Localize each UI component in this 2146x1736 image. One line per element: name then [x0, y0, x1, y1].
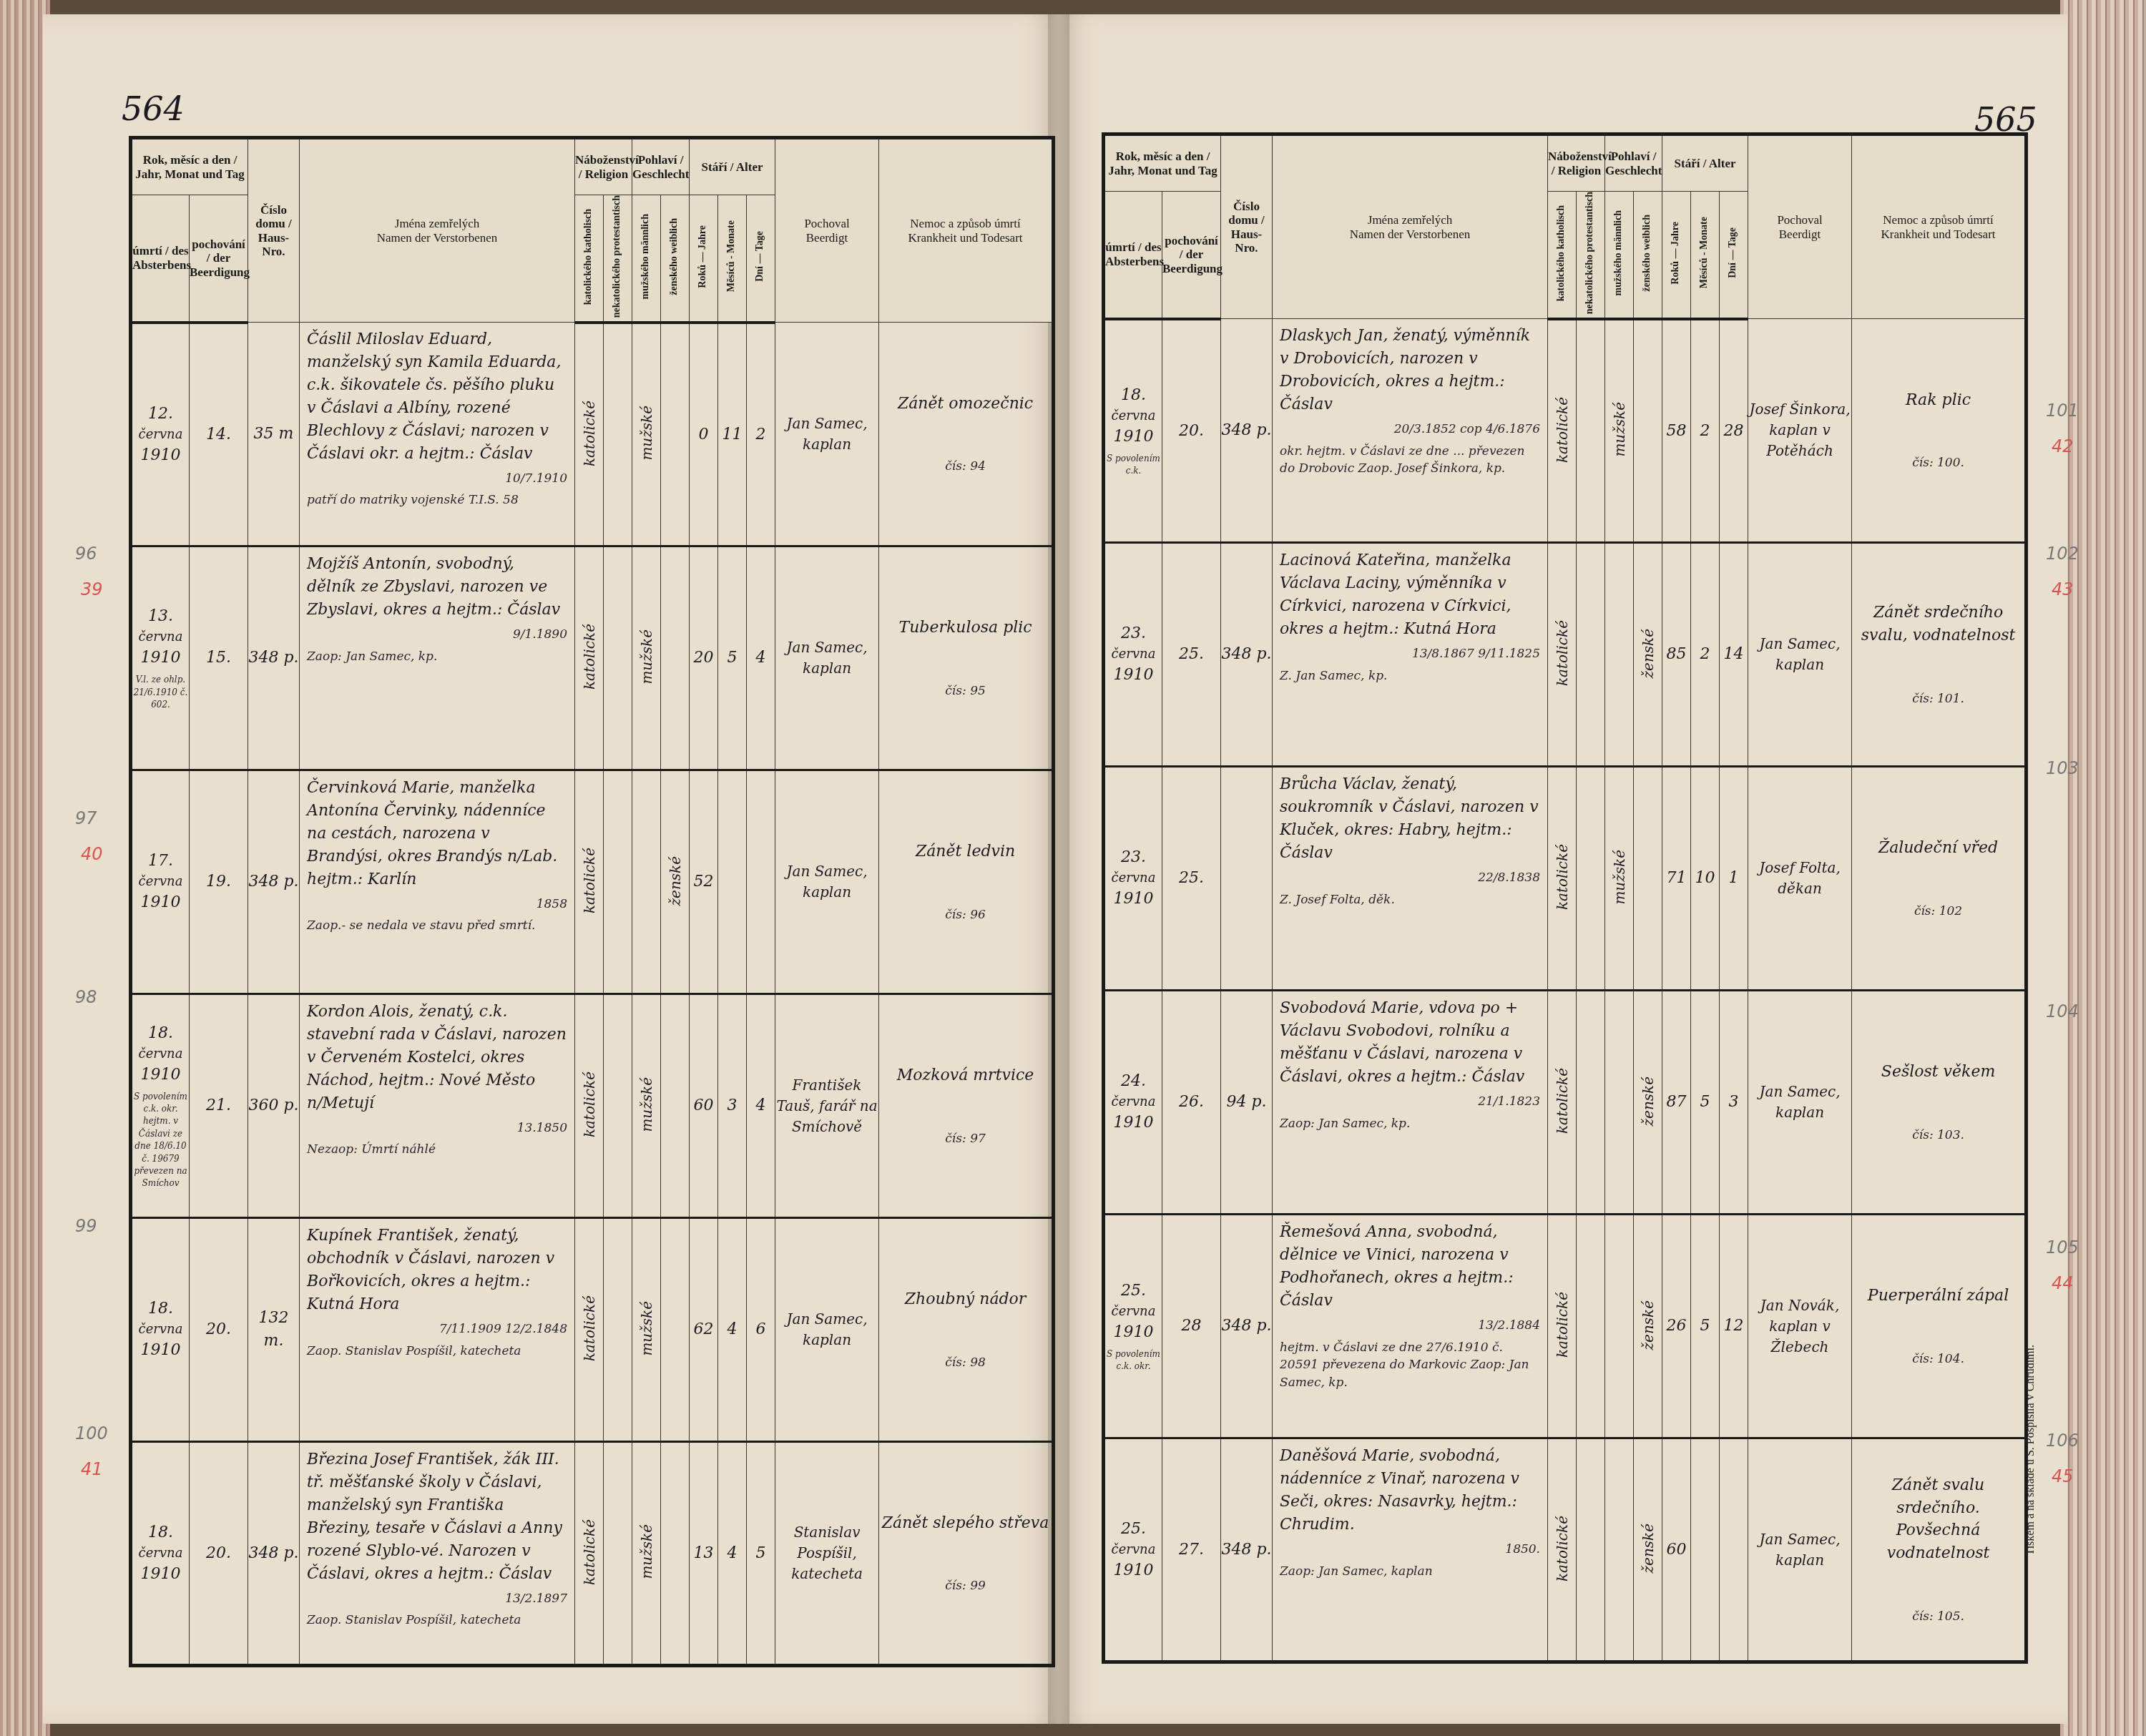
- burial-day: 25.: [1162, 867, 1220, 890]
- header-name: Jména zemřelýchNamen der Verstorbenen: [300, 138, 575, 323]
- sex-value: ženské: [1640, 1077, 1657, 1126]
- burial-footnote: okr. hejtm. v Čáslavi ze dne ... převeze…: [1280, 443, 1540, 478]
- register-entry-row: 23.června191025.Brůcha Václav, ženatý, s…: [1104, 767, 2027, 991]
- female-cell: ženské: [1634, 1438, 1662, 1662]
- sex-value: mužské: [638, 1077, 655, 1132]
- sex-value: mužské: [1611, 850, 1628, 905]
- female-cell: [661, 546, 690, 770]
- deceased-description: Kupínek František, ženatý, obchodník v Č…: [307, 1225, 567, 1316]
- pencil-index-number: 96: [75, 544, 97, 564]
- header-years: Roků — Jahre: [1662, 192, 1691, 319]
- register-entry-row: 25.června191027.348 p.Daněšová Marie, sv…: [1104, 1438, 2027, 1662]
- death-year: 1910: [1105, 664, 1162, 687]
- burial-footnote: Zaop.- se nedala ve stavu před smrtí.: [307, 917, 567, 935]
- age-years-cell: 85: [1662, 543, 1691, 767]
- header-age: Stáří / Alter: [1662, 134, 1748, 192]
- age-days-cell: [1720, 1438, 1748, 1662]
- catholic-cell: katolické: [575, 323, 604, 546]
- header-months: Měsíců - Monate: [1691, 192, 1720, 319]
- age-years-cell: 87: [1662, 991, 1691, 1215]
- header-age: Stáří / Alter: [690, 138, 775, 195]
- religion-value: katolické: [581, 848, 598, 913]
- catholic-cell: katolické: [1548, 543, 1577, 767]
- register-number: čís: 101.: [1852, 690, 2024, 708]
- cause-of-death-cell: Zánět srdečního svalu, vodnatelnostčís: …: [1852, 543, 2027, 767]
- death-year: 1910: [1105, 888, 1162, 911]
- register-entry-row: 25.června1910S povolením c.k. okr.28348 …: [1104, 1215, 2027, 1438]
- house-number-cell: 348 p.: [248, 770, 300, 994]
- register-entry-row: 18.června1910S povolením c.k. okr. hejtm…: [131, 994, 1054, 1218]
- female-cell: [661, 994, 690, 1218]
- cause-of-death-cell: Zánět omozečnicčís: 94: [879, 323, 1054, 546]
- birth-date: 1858: [307, 896, 567, 913]
- header-months: Měsíců - Monate: [718, 195, 747, 323]
- death-date-cell: 18.června1910S povolením c.k. okr. hejtm…: [131, 994, 190, 1218]
- death-month: června: [132, 1544, 189, 1563]
- cause-value: Mozková mrtvice: [879, 1064, 1052, 1087]
- age-days-cell: 1: [1720, 767, 1748, 991]
- female-cell: [1634, 767, 1662, 991]
- register-number: čís: 99: [879, 1577, 1052, 1595]
- burial-footnote: Zaop. Stanislav Pospíšil, katecheta: [307, 1612, 567, 1629]
- cause-of-death-cell: Rak plicčís: 100.: [1852, 319, 2027, 543]
- permit-note: S povolením c.k.: [1105, 453, 1162, 478]
- death-year: 1910: [1105, 1112, 1162, 1134]
- header-catholic: katolického katholisch: [575, 195, 604, 323]
- cause-value: Sešlost věkem: [1852, 1061, 2024, 1084]
- death-month: června: [132, 1320, 189, 1339]
- pencil-index-number: 98: [75, 987, 97, 1007]
- register-entry-row: 17.června191019.348 p.Červinková Marie, …: [131, 770, 1054, 994]
- female-cell: ženské: [661, 770, 690, 994]
- deceased-description: Mojžíš Antonín, svobodný, dělník ze Zbys…: [307, 553, 567, 622]
- header-house-number: Číslo domu / Haus-Nro.: [1221, 134, 1273, 319]
- burial-date-cell: 15.: [190, 546, 248, 770]
- death-month: června: [1105, 1093, 1162, 1112]
- house-number-cell: 360 p.: [248, 994, 300, 1218]
- burial-footnote: Zaop. Stanislav Pospíšil, katecheta: [307, 1343, 567, 1360]
- burial-footnote: Zaop: Jan Samec, kaplan: [1280, 1563, 1540, 1581]
- age-months-cell: 2: [1691, 319, 1720, 543]
- sex-value: ženské: [667, 856, 684, 906]
- religion-value: katolické: [581, 401, 598, 466]
- header-cause-of-death: Nemoc a způsob úmrtíKrankheit und Todesa…: [1852, 134, 2027, 319]
- cause-value: Zánět srdečního svalu, vodnatelnost: [1852, 602, 2024, 647]
- header-cause-of-death: Nemoc a způsob úmrtíKrankheit und Todesa…: [879, 138, 1054, 323]
- death-month: června: [1105, 869, 1162, 888]
- death-day: 23.: [1105, 846, 1162, 869]
- pencil-index-number: 105: [2046, 1237, 2079, 1257]
- sex-value: ženské: [1640, 1524, 1657, 1573]
- female-cell: [661, 1442, 690, 1666]
- header-sex: Pohlaví / Geschlecht: [1605, 134, 1662, 192]
- house-number-cell: 348 p.: [248, 546, 300, 770]
- birth-date: 13/2.1884: [1280, 1317, 1540, 1335]
- house-number-cell: 94 p.: [1221, 991, 1273, 1215]
- cause-value: Zánět ledvin: [879, 840, 1052, 863]
- header-catholic: katolického katholisch: [1548, 192, 1577, 319]
- religion-value: katolické: [1554, 1292, 1571, 1358]
- age-months-cell: 11: [718, 323, 747, 546]
- death-year: 1910: [132, 1339, 189, 1362]
- burial-footnote: Z. Jan Samec, kp.: [1280, 667, 1540, 685]
- deceased-name-cell: Dlaskych Jan, ženatý, výměnník v Drobovi…: [1273, 319, 1548, 543]
- pencil-index-number: 102: [2046, 544, 2079, 564]
- female-cell: ženské: [1634, 991, 1662, 1215]
- house-number-cell: 348 p.: [248, 1442, 300, 1666]
- burial-day: 25.: [1162, 643, 1220, 666]
- cause-value: Zánět slepého střeva: [879, 1512, 1052, 1535]
- death-year: 1910: [1105, 426, 1162, 448]
- cause-of-death-cell: Zánět svalu srdečního. Povšechná vodnate…: [1852, 1438, 2027, 1662]
- house-number-cell: 348 p.: [1221, 543, 1273, 767]
- right-death-register-table: Rok, měsíc a den / Jahr, Monat und Tag Č…: [1102, 132, 2028, 1664]
- permit-note: S povolením c.k. okr.: [1105, 1348, 1162, 1373]
- death-month: června: [1105, 1303, 1162, 1321]
- noncatholic-cell: [1577, 767, 1605, 991]
- age-months-cell: [1691, 1438, 1720, 1662]
- burial-day: 20.: [190, 1318, 248, 1341]
- death-date-cell: 18.června1910: [131, 1218, 190, 1442]
- age-days-cell: 3: [1720, 991, 1748, 1215]
- cause-of-death-cell: Tuberkulosa plicčís: 95: [879, 546, 1054, 770]
- buried-by-cell: Jan Samec, kaplan: [1748, 543, 1852, 767]
- death-date-cell: 18.června1910: [131, 1442, 190, 1666]
- age-years-cell: 0: [690, 323, 718, 546]
- burial-date-cell: 25.: [1162, 543, 1221, 767]
- noncatholic-cell: [604, 770, 632, 994]
- cause-of-death-cell: Puerperální zápalčís: 104.: [1852, 1215, 2027, 1438]
- age-months-cell: 4: [718, 1218, 747, 1442]
- birth-date: 1850.: [1280, 1541, 1540, 1559]
- age-months-cell: 5: [1691, 1215, 1720, 1438]
- age-years-cell: 60: [1662, 1438, 1691, 1662]
- register-entry-row: 18.června191020.132 m.Kupínek František,…: [131, 1218, 1054, 1442]
- deceased-name-cell: Lacinová Kateřina, manželka Václava Laci…: [1273, 543, 1548, 767]
- religion-value: katolické: [1554, 1516, 1571, 1581]
- deceased-description: Březina Josef František, žák III. tř. mě…: [307, 1448, 567, 1585]
- left-page-number: 564: [122, 89, 185, 128]
- age-years-cell: 62: [690, 1218, 718, 1442]
- death-year: 1910: [132, 647, 189, 670]
- header-years: Roků — Jahre: [690, 195, 718, 323]
- age-years-cell: 20: [690, 546, 718, 770]
- deceased-description: Svobodová Marie, vdova po + Václavu Svob…: [1280, 997, 1540, 1089]
- permit-note: S povolením c.k. okr. hejtm. v Čáslavi z…: [132, 1091, 189, 1190]
- female-cell: ženské: [1634, 1215, 1662, 1438]
- age-months-cell: 4: [718, 1442, 747, 1666]
- age-years-cell: 26: [1662, 1215, 1691, 1438]
- catholic-cell: katolické: [575, 1218, 604, 1442]
- register-number: čís: 94: [879, 458, 1052, 476]
- pencil-index-number: 104: [2046, 1001, 2079, 1021]
- religion-value: katolické: [581, 624, 598, 690]
- deceased-name-cell: Červinková Marie, manželka Antonína Červ…: [300, 770, 575, 994]
- header-burial-date: pochování / der Beerdigung: [1162, 192, 1221, 319]
- noncatholic-cell: [604, 994, 632, 1218]
- header-death-date: úmrtí / des Absterbens: [1104, 192, 1162, 319]
- age-days-cell: [747, 770, 775, 994]
- burial-footnote: Zaop: Jan Samec, kp.: [307, 648, 567, 666]
- birth-date: 10/7.1910: [307, 470, 567, 488]
- deceased-description: Čáslil Miloslav Eduard, manželský syn Ka…: [307, 328, 567, 465]
- deceased-description: Lacinová Kateřina, manželka Václava Laci…: [1280, 549, 1540, 641]
- death-date-cell: 13.června1910V.l. ze ohlp. 21/6.1910 č. …: [131, 546, 190, 770]
- buried-by-cell: Jan Samec, kaplan: [1748, 1438, 1852, 1662]
- death-day: 23.: [1105, 622, 1162, 645]
- header-name: Jména zemřelýchNamen der Verstorbenen: [1273, 134, 1548, 319]
- death-date-cell: 24.června1910: [1104, 991, 1162, 1215]
- header-days: Dní — Tage: [1720, 192, 1748, 319]
- house-number-cell: [1221, 767, 1273, 991]
- cause-of-death-cell: Zánět ledvinčís: 96: [879, 770, 1054, 994]
- pencil-index-number: 101: [2046, 401, 2079, 421]
- birth-date: 20/3.1852 cop 4/6.1876: [1280, 421, 1540, 438]
- sex-value: ženské: [1640, 1300, 1657, 1350]
- noncatholic-cell: [1577, 543, 1605, 767]
- burial-footnote: patří do matriky vojenské T.I.S. 58: [307, 491, 567, 509]
- deceased-description: Řemešová Anna, svobodná, dělnice ve Vini…: [1280, 1221, 1540, 1313]
- female-cell: [661, 323, 690, 546]
- catholic-cell: katolické: [1548, 1438, 1577, 1662]
- catholic-cell: katolické: [1548, 991, 1577, 1215]
- red-index-number: 39: [81, 579, 103, 599]
- cause-of-death-cell: Žaludeční vředčís: 102: [1852, 767, 2027, 991]
- death-year: 1910: [132, 444, 189, 467]
- register-entry-row: 24.června191026.94 p.Svobodová Marie, vd…: [1104, 991, 2027, 1215]
- death-month: června: [132, 1045, 189, 1064]
- death-date-cell: 18.června1910S povolením c.k.: [1104, 319, 1162, 543]
- birth-date: 13/8.1867 9/11.1825: [1280, 645, 1540, 663]
- header-noncatholic: nekatolického protestantisch: [1577, 192, 1605, 319]
- cause-value: Zánět svalu srdečního. Povšechná vodnate…: [1852, 1474, 2024, 1566]
- buried-by-cell: Josef Folta, děkan: [1748, 767, 1852, 991]
- register-number: čís: 96: [879, 906, 1052, 924]
- register-number: čís: 95: [879, 682, 1052, 700]
- male-cell: mužské: [632, 994, 661, 1218]
- deceased-name-cell: Brůcha Václav, ženatý, soukromník v Čásl…: [1273, 767, 1548, 991]
- header-noncatholic: nekatolického protestantisch: [604, 195, 632, 323]
- burial-date-cell: 20.: [1162, 319, 1221, 543]
- house-number-cell: 132 m.: [248, 1218, 300, 1442]
- header-date-group: Rok, měsíc a den / Jahr, Monat und Tag: [131, 138, 248, 195]
- age-months-cell: 2: [1691, 543, 1720, 767]
- burial-day: 20.: [1162, 420, 1220, 443]
- death-day: 24.: [1105, 1070, 1162, 1093]
- death-year: 1910: [132, 1563, 189, 1586]
- burial-day: 15.: [190, 647, 248, 670]
- deceased-name-cell: Březina Josef František, žák III. tř. mě…: [300, 1442, 575, 1666]
- burial-date-cell: 20.: [190, 1218, 248, 1442]
- header-male: mužského männlich: [632, 195, 661, 323]
- age-days-cell: 6: [747, 1218, 775, 1442]
- burial-date-cell: 20.: [190, 1442, 248, 1666]
- header-days: Dní — Tage: [747, 195, 775, 323]
- male-cell: mužské: [632, 1218, 661, 1442]
- cause-value: Rak plic: [1852, 389, 2024, 412]
- sex-value: mužské: [1611, 402, 1628, 457]
- death-year: 1910: [1105, 1559, 1162, 1582]
- register-entry-row: 13.června1910V.l. ze ohlp. 21/6.1910 č. …: [131, 546, 1054, 770]
- age-years-cell: 60: [690, 994, 718, 1218]
- death-month: června: [1105, 1541, 1162, 1559]
- red-index-number: 45: [2052, 1466, 2074, 1486]
- header-religion: Náboženství / Religion: [575, 138, 632, 195]
- death-day: 18.: [132, 1521, 189, 1544]
- age-years-cell: 52: [690, 770, 718, 994]
- deceased-name-cell: Čáslil Miloslav Eduard, manželský syn Ka…: [300, 323, 575, 546]
- register-number: čís: 103.: [1852, 1127, 2024, 1144]
- female-cell: [661, 1218, 690, 1442]
- burial-date-cell: 19.: [190, 770, 248, 994]
- male-cell: mužské: [1605, 319, 1634, 543]
- buried-by-cell: Stanislav Pospíšil, katecheta: [775, 1442, 879, 1666]
- age-years-cell: 71: [1662, 767, 1691, 991]
- noncatholic-cell: [604, 546, 632, 770]
- register-number: čís: 105.: [1852, 1608, 2024, 1626]
- pencil-index-number: 99: [75, 1216, 97, 1236]
- age-months-cell: 10: [1691, 767, 1720, 991]
- pencil-index-number: 106: [2046, 1431, 2079, 1451]
- sex-value: mužské: [638, 406, 655, 461]
- age-days-cell: 4: [747, 546, 775, 770]
- red-index-number: 44: [2052, 1273, 2074, 1293]
- catholic-cell: katolické: [1548, 767, 1577, 991]
- age-months-cell: 5: [718, 546, 747, 770]
- header-female: ženského weiblich: [1634, 192, 1662, 319]
- header-sex: Pohlaví / Geschlecht: [632, 138, 690, 195]
- death-day: 25.: [1105, 1280, 1162, 1303]
- buried-by-cell: Jan Samec, kaplan: [1748, 991, 1852, 1215]
- age-days-cell: 12: [1720, 1215, 1748, 1438]
- death-year: 1910: [1105, 1321, 1162, 1344]
- birth-date: 21/1.1823: [1280, 1093, 1540, 1111]
- deceased-name-cell: Svobodová Marie, vdova po + Václavu Svob…: [1273, 991, 1548, 1215]
- male-cell: mužské: [632, 1442, 661, 1666]
- deceased-name-cell: Daněšová Marie, svobodná, nádenníce z Vi…: [1273, 1438, 1548, 1662]
- buried-by-cell: František Tauš, farář na Smíchově: [775, 994, 879, 1218]
- sex-value: mužské: [638, 629, 655, 685]
- noncatholic-cell: [604, 1442, 632, 1666]
- burial-day: 19.: [190, 871, 248, 893]
- cause-value: Zhoubný nádor: [879, 1288, 1052, 1311]
- red-index-number: 42: [2052, 436, 2074, 456]
- sex-value: mužské: [638, 1301, 655, 1356]
- age-days-cell: 2: [747, 323, 775, 546]
- cause-value: Tuberkulosa plic: [879, 617, 1052, 639]
- death-date-cell: 23.června1910: [1104, 543, 1162, 767]
- deceased-description: Brůcha Václav, ženatý, soukromník v Čásl…: [1280, 773, 1540, 865]
- register-entry-row: 12.června191014.35 mČáslil Miloslav Edua…: [131, 323, 1054, 546]
- deceased-name-cell: Kordon Alois, ženatý, c.k. stavební rada…: [300, 994, 575, 1218]
- death-date-cell: 23.června1910: [1104, 767, 1162, 991]
- header-house-number: Číslo domu / Haus-Nro.: [248, 138, 300, 323]
- deceased-description: Kordon Alois, ženatý, c.k. stavební rada…: [307, 1001, 567, 1114]
- noncatholic-cell: [1577, 1438, 1605, 1662]
- birth-date: 13.1850: [307, 1119, 567, 1137]
- death-date-cell: 25.června1910: [1104, 1438, 1162, 1662]
- deceased-name-cell: Mojžíš Antonín, svobodný, dělník ze Zbys…: [300, 546, 575, 770]
- header-date-group: Rok, měsíc a den / Jahr, Monat und Tag: [1104, 134, 1221, 192]
- buried-by-cell: Jan Samec, kaplan: [775, 1218, 879, 1442]
- sex-value: ženské: [1640, 629, 1657, 678]
- burial-date-cell: 25.: [1162, 767, 1221, 991]
- deceased-name-cell: Kupínek František, ženatý, obchodník v Č…: [300, 1218, 575, 1442]
- cause-value: Žaludeční vřed: [1852, 837, 2024, 860]
- burial-date-cell: 27.: [1162, 1438, 1221, 1662]
- noncatholic-cell: [604, 1218, 632, 1442]
- cause-of-death-cell: Mozková mrtvicečís: 97: [879, 994, 1054, 1218]
- noncatholic-cell: [1577, 1215, 1605, 1438]
- house-number-cell: 348 p.: [1221, 319, 1273, 543]
- religion-value: katolické: [581, 1295, 598, 1361]
- death-date-cell: 12.června1910: [131, 323, 190, 546]
- register-entry-row: 23.června191025.348 p.Lacinová Kateřina,…: [1104, 543, 2027, 767]
- catholic-cell: katolické: [1548, 319, 1577, 543]
- death-day: 13.: [132, 605, 189, 628]
- cause-of-death-cell: Sešlost věkemčís: 103.: [1852, 991, 2027, 1215]
- catholic-cell: katolické: [575, 770, 604, 994]
- burial-day: 14.: [190, 423, 248, 446]
- burial-footnote: Nezaop: Úmrtí náhlé: [307, 1141, 567, 1159]
- header-buried-by: PochovalBeerdigt: [1748, 134, 1852, 319]
- burial-day: 26.: [1162, 1091, 1220, 1114]
- register-entry-row: 18.června1910S povolením c.k.20.348 p.Dl…: [1104, 319, 2027, 543]
- birth-date: 7/11.1909 12/2.1848: [307, 1320, 567, 1338]
- cause-of-death-cell: Zhoubný nádorčís: 98: [879, 1218, 1054, 1442]
- religion-value: katolické: [1554, 1068, 1571, 1134]
- header-buried-by: PochovalBeerdigt: [775, 138, 879, 323]
- burial-date-cell: 26.: [1162, 991, 1221, 1215]
- register-number: čís: 102: [1852, 903, 2024, 921]
- age-days-cell: 4: [747, 994, 775, 1218]
- male-cell: [1605, 1215, 1634, 1438]
- buried-by-cell: Jan Novák, kaplan v Žlebech: [1748, 1215, 1852, 1438]
- buried-by-cell: Josef Šinkora, kaplan v Potěhách: [1748, 319, 1852, 543]
- deceased-description: Červinková Marie, manželka Antonína Červ…: [307, 777, 567, 891]
- age-years-cell: 58: [1662, 319, 1691, 543]
- death-date-cell: 25.června1910S povolením c.k. okr.: [1104, 1215, 1162, 1438]
- male-cell: mužské: [632, 546, 661, 770]
- religion-value: katolické: [1554, 397, 1571, 463]
- house-number-cell: 348 p.: [1221, 1438, 1273, 1662]
- death-month: června: [1105, 407, 1162, 426]
- death-day: 18.: [132, 1298, 189, 1320]
- header-male: mužského männlich: [1605, 192, 1634, 319]
- age-days-cell: 5: [747, 1442, 775, 1666]
- religion-value: katolické: [1554, 620, 1571, 686]
- header-burial-date: pochování / der Beerdigung: [190, 195, 248, 323]
- header-religion: Náboženství / Religion: [1548, 134, 1605, 192]
- male-cell: mužské: [1605, 767, 1634, 991]
- burial-day: 20.: [190, 1542, 248, 1565]
- religion-value: katolické: [581, 1071, 598, 1137]
- sex-value: mužské: [638, 1524, 655, 1579]
- age-months-cell: [718, 770, 747, 994]
- printer-imprint: Tiskem a na skladě u S. Pospíšila v Chru…: [2024, 1345, 2037, 1556]
- house-number-cell: 348 p.: [1221, 1215, 1273, 1438]
- cause-of-death-cell: Zánět slepého střevačís: 99: [879, 1442, 1054, 1666]
- header-death-date: úmrtí / des Absterbens: [131, 195, 190, 323]
- age-years-cell: 13: [690, 1442, 718, 1666]
- burial-date-cell: 14.: [190, 323, 248, 546]
- buried-by-cell: Jan Samec, kaplan: [775, 323, 879, 546]
- death-year: 1910: [132, 891, 189, 914]
- male-cell: mužské: [632, 323, 661, 546]
- register-entry-row: 18.června191020.348 p.Březina Josef Fran…: [131, 1442, 1054, 1666]
- death-day: 18.: [1105, 384, 1162, 407]
- burial-day: 21.: [190, 1094, 248, 1117]
